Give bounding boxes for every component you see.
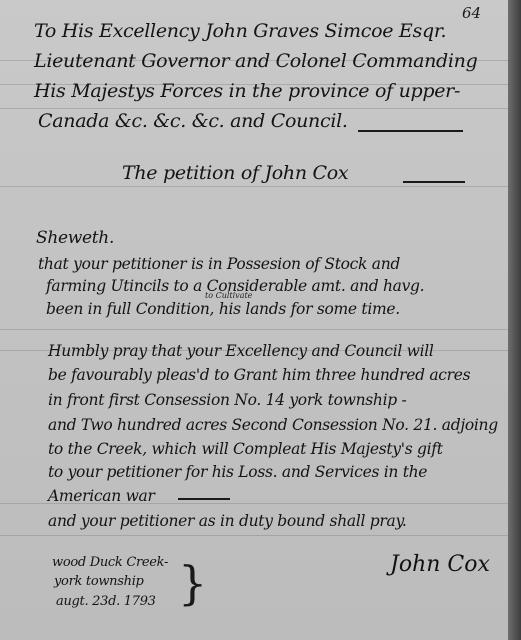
body-line-10: American war: [48, 487, 155, 505]
salutation: Sheweth.: [36, 228, 114, 248]
date-line: augt. 23d. 1793: [56, 594, 156, 609]
page-number: 64: [462, 4, 481, 22]
body-line-11: and your petitioner as in duty bound sha…: [48, 512, 406, 530]
body-line-6: in front first Consession No. 14 york to…: [48, 391, 406, 409]
title-underline: [403, 181, 465, 183]
brace-glyph: }: [178, 556, 207, 610]
ruled-line: [0, 329, 508, 330]
address-line-3: His Majestys Forces in the province of u…: [34, 80, 460, 102]
interlineation: to Cultivate: [205, 291, 252, 300]
body-line-5: be favourably pleas'd to Grant him three…: [48, 366, 470, 384]
ruled-line: [0, 535, 508, 536]
war-underline: [178, 498, 230, 500]
address-underline: [358, 130, 463, 132]
page-edge: [508, 0, 521, 640]
address-line-4: Canada &c. &c. &c. and Council.: [38, 110, 348, 132]
place-line-1: wood Duck Creek-: [52, 555, 168, 570]
ruled-line: [0, 108, 508, 109]
body-line-7: and Two hundred acres Second Consession …: [48, 416, 498, 434]
manuscript-page: 64 To His Excellency John Graves Simcoe …: [0, 0, 508, 640]
place-line-2: york township: [54, 574, 144, 589]
body-line-9: to your petitioner for his Loss. and Ser…: [48, 463, 427, 481]
body-line-1: that your petitioner is in Possesion of …: [38, 255, 400, 273]
body-line-8: to the Creek, which will Compleat His Ma…: [48, 440, 443, 458]
body-line-4: Humbly pray that your Excellency and Cou…: [48, 342, 434, 360]
address-line-2: Lieutenant Governor and Colonel Commandi…: [34, 50, 477, 72]
signature: John Cox: [390, 552, 490, 577]
body-line-3: been in full Condition, his lands for so…: [46, 300, 400, 318]
ruled-line: [0, 186, 508, 187]
address-line-1: To His Excellency John Graves Simcoe Esq…: [34, 20, 446, 42]
petition-title: The petition of John Cox: [122, 162, 348, 184]
